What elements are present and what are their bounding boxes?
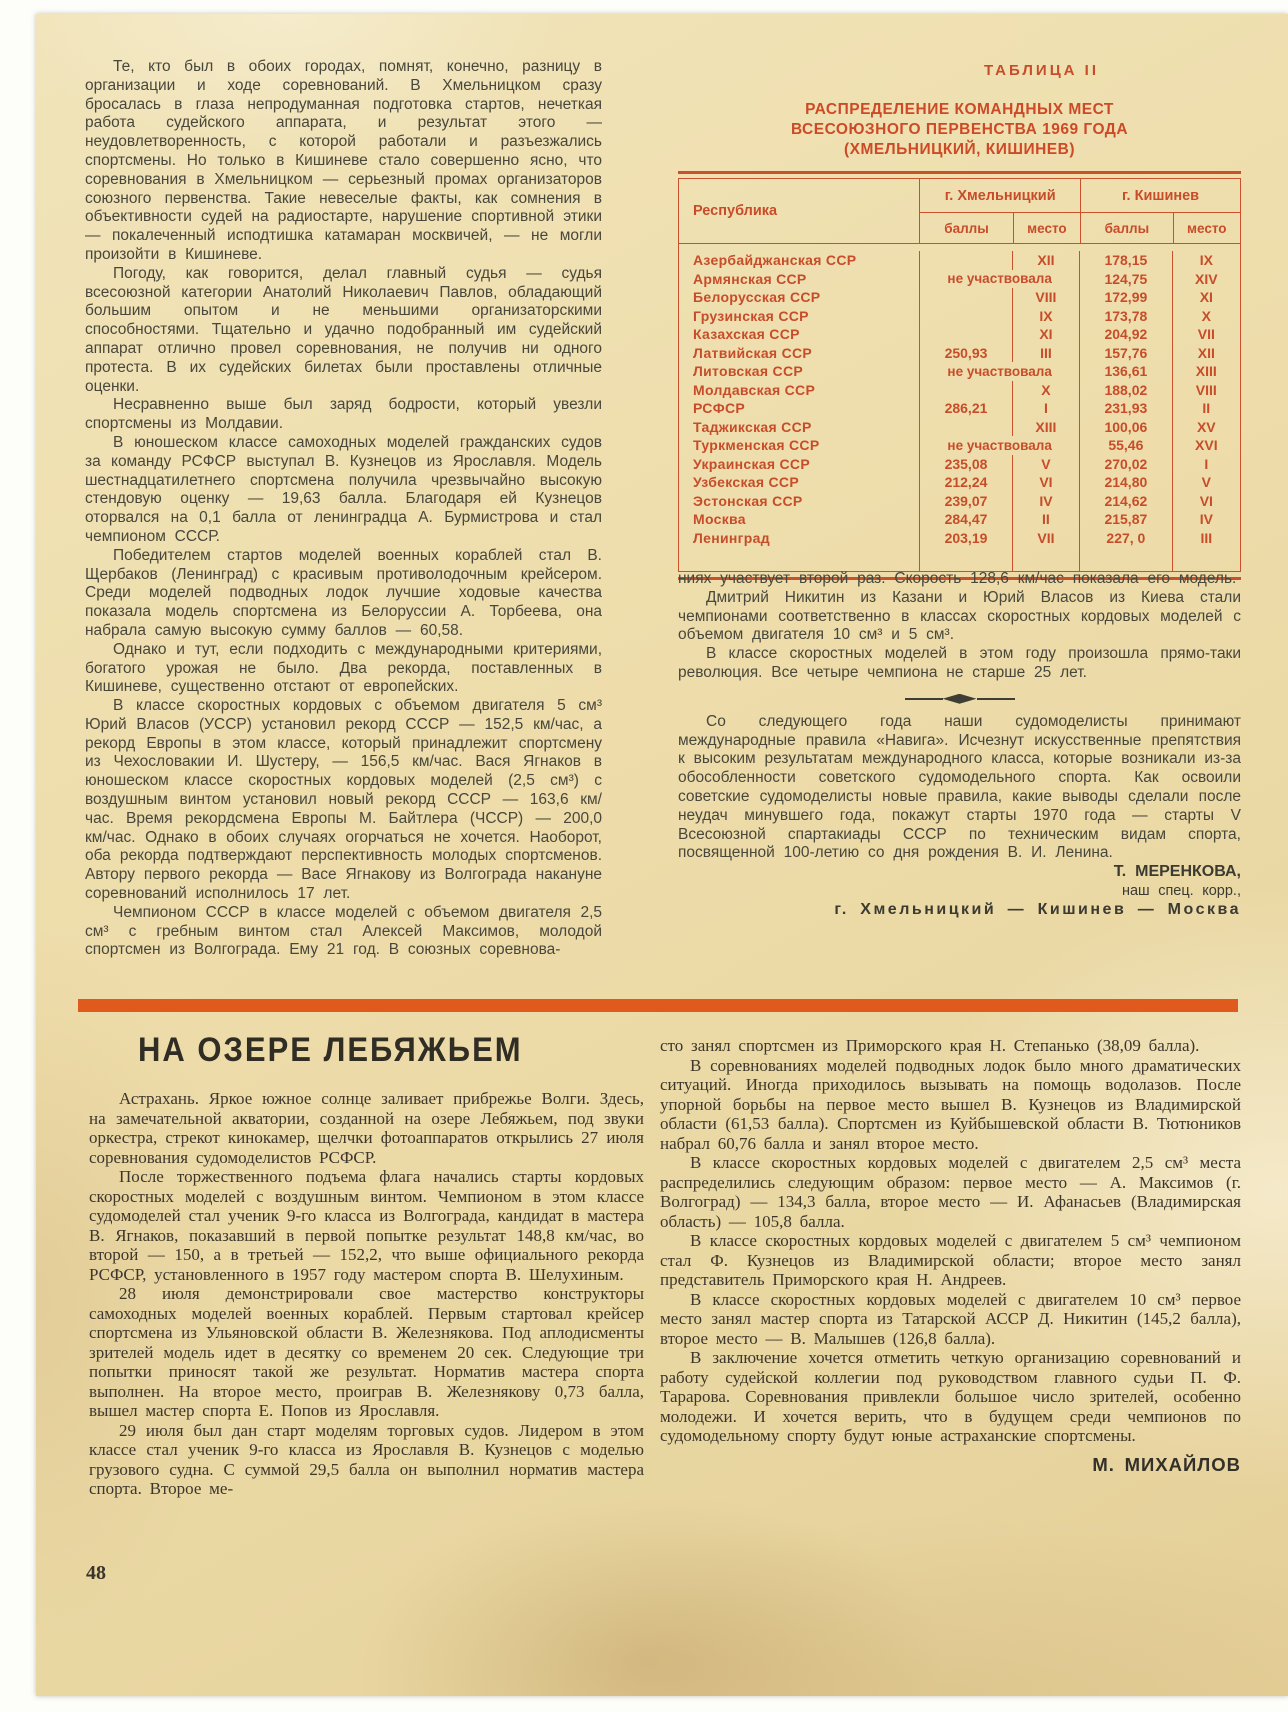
cell-kh-points bbox=[920, 418, 1013, 437]
cell-republic: Молдавская ССР bbox=[679, 381, 920, 400]
cell-republic: Эстонская ССР bbox=[679, 492, 920, 511]
cell-republic: Ленинград bbox=[679, 529, 920, 548]
cell-republic: РСФСР bbox=[679, 399, 920, 418]
cell-kh-points bbox=[920, 381, 1013, 400]
table-row: РСФСР 286,21 I 231,93 II bbox=[679, 399, 1240, 418]
author-role: наш спец. корр., bbox=[678, 882, 1241, 901]
cell-kh-place: IV bbox=[1013, 492, 1080, 511]
cell-kh-place: XII bbox=[1013, 251, 1080, 270]
cell-ki-points: 124,75 bbox=[1080, 270, 1173, 289]
cell-kh-place: III bbox=[1013, 344, 1080, 363]
cell-republic: Москва bbox=[679, 510, 920, 529]
cell-kh-points: 284,47 bbox=[920, 510, 1013, 529]
cell-kh-points: 239,07 bbox=[920, 492, 1013, 511]
cell-republic: Узбекская ССР bbox=[679, 473, 920, 492]
cell-kh-note: не участвовала bbox=[920, 436, 1080, 455]
cell-kh-points bbox=[920, 251, 1013, 270]
cell-kh-place: II bbox=[1013, 510, 1080, 529]
cell-kh-points: 212,24 bbox=[920, 473, 1013, 492]
diamond-icon bbox=[943, 694, 977, 704]
cell-kh-place: VI bbox=[1013, 473, 1080, 492]
article1-left-column: Те, кто был в обоих городах, помнят, кон… bbox=[85, 58, 602, 960]
table-row: Армянская ССР не участвовала 124,75 XIV bbox=[679, 270, 1240, 289]
article2-headline: НА ОЗЕРЕ ЛЕБЯЖЬЕМ bbox=[138, 1030, 523, 1070]
article2-paragraph: сто занял спортсмен из Приморского края … bbox=[660, 1036, 1241, 1056]
cell-ki-points: 214,62 bbox=[1080, 492, 1173, 511]
article2-paragraph: В классе скоростных кордовых моделей с д… bbox=[660, 1153, 1241, 1231]
cell-kh-place: XI bbox=[1013, 325, 1080, 344]
table-title-line: ВСЕСОЮЗНОГО ПЕРВЕНСТВА 1969 ГОДА bbox=[678, 120, 1241, 140]
results-table-block: ТАБЛИЦА II РАСПРЕДЕЛЕНИЕ КОМАНДНЫХ МЕСТ … bbox=[678, 48, 1241, 580]
cell-kh-note: не участвовала bbox=[920, 362, 1080, 381]
subcolumn-points: баллы bbox=[1080, 213, 1173, 243]
cell-ki-points: 227, 0 bbox=[1080, 529, 1173, 548]
table-row: Украинская ССР 235,08 V 270,02 I bbox=[679, 455, 1240, 474]
article1-paragraph: ниях участвует второй раз. Скорость 128,… bbox=[678, 570, 1241, 589]
results-table: Республика г. Хмельницкий г. Кишинев бал… bbox=[678, 171, 1241, 580]
cell-republic: Украинская ССР bbox=[679, 455, 920, 474]
cell-ki-place: X bbox=[1173, 307, 1240, 326]
magazine-page: Те, кто был в обоих городах, помнят, кон… bbox=[36, 14, 1288, 1696]
article2-paragraph: В классе скоростных кордовых моделей с д… bbox=[660, 1231, 1241, 1290]
cell-kh-points: 286,21 bbox=[920, 399, 1013, 418]
cell-ki-points: 173,78 bbox=[1080, 307, 1173, 326]
cell-ki-points: 270,02 bbox=[1080, 455, 1173, 474]
article1-paragraph: Дмитрий Никитин из Казани и Юрий Власов … bbox=[678, 589, 1241, 645]
column-group-khmelnitsky: г. Хмельницкий bbox=[920, 179, 1080, 212]
cell-ki-place: VII bbox=[1173, 325, 1240, 344]
article1-right-column: ниях участвует второй раз. Скорость 128,… bbox=[678, 570, 1241, 920]
article1-paragraph: В классе скоростных моделей в этом году … bbox=[678, 645, 1241, 683]
cell-ki-points: 231,93 bbox=[1080, 399, 1173, 418]
cell-ki-points: 55,46 bbox=[1080, 436, 1173, 455]
cell-kh-points bbox=[920, 288, 1013, 307]
article2-paragraph: 29 июля был дан старт моделям торговых с… bbox=[89, 1421, 644, 1499]
cell-ki-place: I bbox=[1173, 455, 1240, 474]
table-body: Азербайджанская ССР XII 178,15 IX Армянс… bbox=[679, 244, 1240, 571]
table-row: Азербайджанская ССР XII 178,15 IX bbox=[679, 251, 1240, 270]
table-header: Республика г. Хмельницкий г. Кишинев бал… bbox=[679, 179, 1240, 244]
cell-republic: Литовская ССР bbox=[679, 362, 920, 381]
cell-republic: Азербайджанская ССР bbox=[679, 251, 920, 270]
author-signature: Т. МЕРЕНКОВА, bbox=[678, 863, 1241, 882]
article2-left-column: Астрахань. Яркое южное солнце заливает п… bbox=[89, 1089, 644, 1499]
cell-ki-points: 215,87 bbox=[1080, 510, 1173, 529]
cell-kh-points: 250,93 bbox=[920, 344, 1013, 363]
table-title: РАСПРЕДЕЛЕНИЕ КОМАНДНЫХ МЕСТ ВСЕСОЮЗНОГО… bbox=[678, 100, 1241, 160]
table-row: Таджикская ССР XIII 100,06 XV bbox=[679, 418, 1240, 437]
table-title-line: РАСПРЕДЕЛЕНИЕ КОМАНДНЫХ МЕСТ bbox=[678, 100, 1241, 120]
cell-kh-place: I bbox=[1013, 399, 1080, 418]
article1-paragraph: Несравненно выше был заряд бодрости, кот… bbox=[85, 396, 602, 434]
cell-kh-points: 235,08 bbox=[920, 455, 1013, 474]
cell-republic: Латвийская ССР bbox=[679, 344, 920, 363]
article2-paragraph: В заключение хочется отметить четкую орг… bbox=[660, 1348, 1241, 1446]
cell-kh-place: V bbox=[1013, 455, 1080, 474]
cell-ki-points: 188,02 bbox=[1080, 381, 1173, 400]
cell-kh-place: IX bbox=[1013, 307, 1080, 326]
dateline: г. Хмельницкий — Кишинев — Москва bbox=[678, 901, 1241, 920]
cell-kh-place: XIII bbox=[1013, 418, 1080, 437]
page-number: 48 bbox=[86, 1562, 106, 1585]
subcolumn-place: место bbox=[1173, 213, 1240, 243]
cell-kh-place: VII bbox=[1013, 529, 1080, 548]
article1-paragraph: Со следующего года наши судомоделисты пр… bbox=[678, 713, 1241, 863]
article1-paragraph: Погоду, как говорится, делал главный суд… bbox=[85, 265, 602, 397]
cell-republic: Таджикская ССР bbox=[679, 418, 920, 437]
subcolumn-points: баллы bbox=[920, 213, 1013, 243]
cell-ki-place: XIII bbox=[1173, 362, 1240, 381]
article2-right-column: сто занял спортсмен из Приморского края … bbox=[660, 1036, 1241, 1474]
cell-ki-points: 204,92 bbox=[1080, 325, 1173, 344]
cell-ki-place: XII bbox=[1173, 344, 1240, 363]
table-tag: ТАБЛИЦА II bbox=[984, 62, 1099, 79]
table-row: Молдавская ССР X 188,02 VIII bbox=[679, 381, 1240, 400]
cell-republic: Грузинская ССР bbox=[679, 307, 920, 326]
article2-paragraph: В классе скоростных кордовых моделей с д… bbox=[660, 1290, 1241, 1349]
column-group-kishinev: г. Кишинев bbox=[1080, 179, 1240, 212]
table-title-line: (ХМЕЛЬНИЦКИЙ, КИШИНЕВ) bbox=[678, 140, 1241, 160]
cell-ki-points: 214,80 bbox=[1080, 473, 1173, 492]
article1-paragraph: Однако и тут, если подходить с междунаро… bbox=[85, 641, 602, 697]
column-header-republic: Республика bbox=[679, 179, 920, 243]
cell-ki-place: XVI bbox=[1173, 436, 1240, 455]
cell-ki-place: XIV bbox=[1173, 270, 1240, 289]
table-row: Грузинская ССР IX 173,78 X bbox=[679, 307, 1240, 326]
article2-paragraph: Астрахань. Яркое южное солнце заливает п… bbox=[89, 1089, 644, 1167]
table-row: Ленинград 203,19 VII 227, 0 III bbox=[679, 529, 1240, 548]
cell-kh-points bbox=[920, 325, 1013, 344]
table-row: Туркменская ССР не участвовала 55,46 XVI bbox=[679, 436, 1240, 455]
table-row: Москва 284,47 II 215,87 IV bbox=[679, 510, 1240, 529]
cell-kh-place: VIII bbox=[1013, 288, 1080, 307]
cell-republic: Казахская ССР bbox=[679, 325, 920, 344]
cell-republic: Армянская ССР bbox=[679, 270, 920, 289]
table-row: Латвийская ССР 250,93 III 157,76 XII bbox=[679, 344, 1240, 363]
cell-ki-place: VI bbox=[1173, 492, 1240, 511]
cell-ki-place: II bbox=[1173, 399, 1240, 418]
cell-kh-points: 203,19 bbox=[920, 529, 1013, 548]
scan-background: { "page": { "number": "48" }, "article1"… bbox=[0, 0, 1288, 1712]
subcolumn-place: место bbox=[1013, 213, 1080, 243]
article2-paragraph: 28 июля демонстрировали свое мастерство … bbox=[89, 1284, 644, 1421]
cell-ki-points: 178,15 bbox=[1080, 251, 1173, 270]
cell-kh-points bbox=[920, 307, 1013, 326]
article1-paragraph: В классе скоростных кордовых с объемом д… bbox=[85, 697, 602, 904]
table-row: Белорусская ССР VIII 172,99 XI bbox=[679, 288, 1240, 307]
cell-ki-place: VIII bbox=[1173, 381, 1240, 400]
table-row: Узбекская ССР 212,24 VI 214,80 V bbox=[679, 473, 1240, 492]
cell-ki-place: III bbox=[1173, 529, 1240, 548]
cell-ki-points: 157,76 bbox=[1080, 344, 1173, 363]
cell-ki-place: XV bbox=[1173, 418, 1240, 437]
cell-ki-place: IV bbox=[1173, 510, 1240, 529]
author-signature: М. МИХАЙЛОВ bbox=[660, 1455, 1241, 1475]
section-divider-bar bbox=[78, 999, 1238, 1012]
table-row: Казахская ССР XI 204,92 VII bbox=[679, 325, 1240, 344]
article1-paragraph: Те, кто был в обоих городах, помнят, кон… bbox=[85, 58, 602, 265]
article2-paragraph: После торжественного подъема флага начал… bbox=[89, 1167, 644, 1284]
article2-paragraph: В соревнованиях моделей подводных лодок … bbox=[660, 1056, 1241, 1154]
table-row: Эстонская ССР 239,07 IV 214,62 VI bbox=[679, 492, 1240, 511]
cell-kh-place: X bbox=[1013, 381, 1080, 400]
cell-ki-points: 136,61 bbox=[1080, 362, 1173, 381]
cell-republic: Туркменская ССР bbox=[679, 436, 920, 455]
cell-kh-note: не участвовала bbox=[920, 270, 1080, 289]
cell-ki-place: XI bbox=[1173, 288, 1240, 307]
cell-republic: Белорусская ССР bbox=[679, 288, 920, 307]
article1-paragraph: Победителем стартов моделей военных кора… bbox=[85, 547, 602, 641]
article1-paragraph: В юношеском классе самоходных моделей гр… bbox=[85, 434, 602, 547]
diamond-divider bbox=[905, 694, 1015, 704]
cell-ki-place: IX bbox=[1173, 251, 1240, 270]
table-row: Литовская ССР не участвовала 136,61 XIII bbox=[679, 362, 1240, 381]
table-row-spacer bbox=[679, 547, 1240, 571]
cell-ki-place: V bbox=[1173, 473, 1240, 492]
cell-ki-points: 100,06 bbox=[1080, 418, 1173, 437]
cell-ki-points: 172,99 bbox=[1080, 288, 1173, 307]
article1-paragraph: Чемпионом СССР в классе моделей с объемо… bbox=[85, 904, 602, 960]
